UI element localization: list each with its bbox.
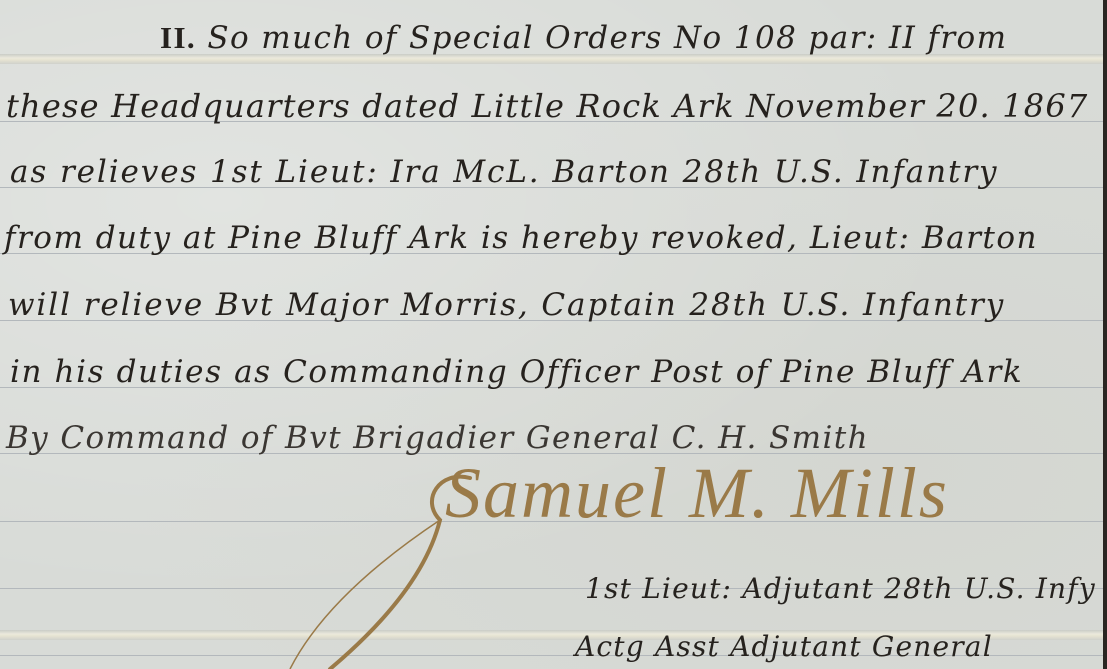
paper-sheet: II. So much of Special Orders No 108 par… (0, 0, 1103, 669)
signature-title-2: Actg Asst Adjutant General (575, 630, 993, 663)
page-edge (1103, 0, 1107, 669)
signature: Samuel M. Mills (445, 452, 949, 535)
signature-flourish (0, 0, 1103, 669)
signature-title-1: 1st Lieut: Adjutant 28th U.S. Infy (585, 572, 1096, 605)
